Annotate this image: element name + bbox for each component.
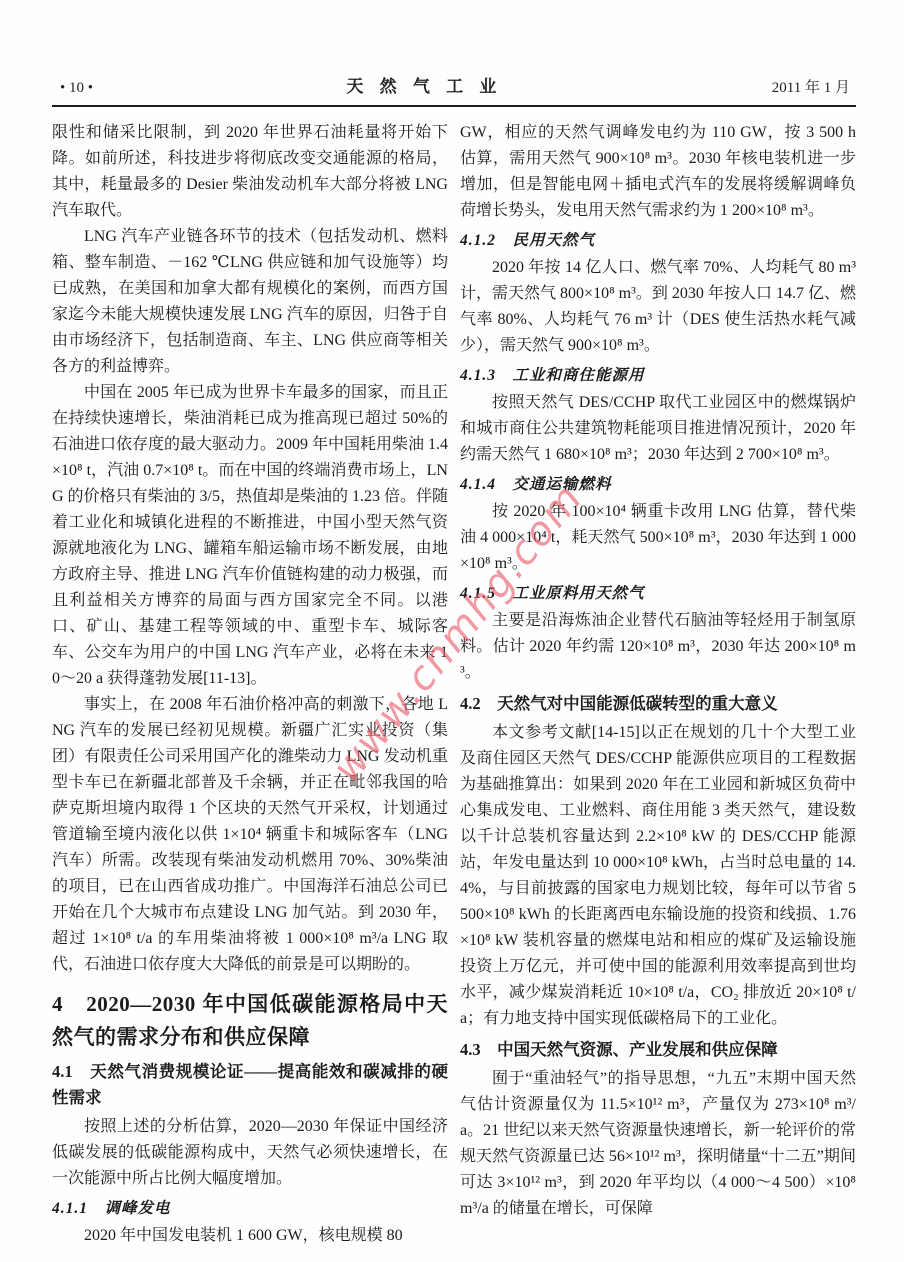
sub-heading: 4.1 天然气消费规模论证——提高能效和碳减排的硬性需求	[52, 1059, 448, 1111]
section-heading: 4 2020—2030 年中国低碳能源格局中天然气的需求分布和供应保障	[52, 988, 448, 1054]
left-column: 限性和储采比限制，到 2020 年世界石油耗量将开始下降。如前所述，科技进步将彻…	[52, 120, 448, 1249]
paragraph: 2020 年按 14 亿人口、燃气率 70%、人均耗气 80 m³ 计，需天然气…	[460, 255, 856, 359]
paragraph: 主要是沿海炼油企业替代石脑油等轻烃用于制氢原料。估计 2020 年约需 120×…	[460, 608, 856, 686]
right-column: GW，相应的天然气调峰发电约为 110 GW，按 3 500 h 估算，需用天然…	[460, 120, 856, 1249]
sub-sub-heading: 4.1.5 工业原料用天然气	[460, 581, 856, 606]
page-number: • 10 •	[60, 80, 93, 97]
sub-heading: 4.3 中国天然气资源、产业发展和供应保障	[460, 1037, 856, 1063]
sub-heading: 4.2 天然气对中国能源低碳转型的重大意义	[460, 691, 856, 717]
paragraph: 中国在 2005 年已成为世界卡车最多的国家，而且正在持续快速增长，柴油消耗已成…	[52, 380, 448, 692]
sub-sub-heading: 4.1.2 民用天然气	[460, 228, 856, 253]
paragraph: 囿于“重油轻气”的指导思想，“九五”末期中国天然气估计资源量仅为 11.5×10…	[460, 1066, 856, 1222]
two-column-body: 限性和储采比限制，到 2020 年世界石油耗量将开始下降。如前所述，科技进步将彻…	[52, 120, 856, 1249]
header-rule	[52, 105, 856, 107]
sub-sub-heading: 4.1.1 调峰发电	[52, 1196, 448, 1221]
paragraph: 事实上，在 2008 年石油价格冲高的刺激下，各地 LNG 汽车的发展已经初见规…	[52, 692, 448, 978]
journal-page: • 10 • 天 然 气 工 业 2011 年 1 月 限性和储采比限制，到 2…	[0, 0, 904, 1262]
paragraph: 本文参考文献[14-15]以正在规划的几十个大型工业及商住园区天然气 DES/C…	[460, 720, 856, 1032]
sub-sub-heading: 4.1.4 交通运输燃料	[460, 472, 856, 497]
journal-title: 天 然 气 工 业	[346, 72, 502, 97]
issue-date: 2011 年 1 月	[772, 76, 850, 97]
paragraph: LNG 汽车产业链各环节的技术（包括发动机、燃料箱、整车制造、－162 ℃LNG…	[52, 224, 448, 380]
paragraph: 按照上述的分析估算，2020—2030 年保证中国经济低碳发展的低碳能源构成中，…	[52, 1114, 448, 1192]
paragraph: 按 2020 年 100×10⁴ 辆重卡改用 LNG 估算，替代柴油 4 000…	[460, 499, 856, 577]
paragraph: 按照天然气 DES/CCHP 取代工业园区中的燃煤锅炉和城市商住公共建筑物耗能项…	[460, 390, 856, 468]
paragraph: GW，相应的天然气调峰发电约为 110 GW，按 3 500 h 估算，需用天然…	[460, 120, 856, 224]
paragraph: 2020 年中国发电装机 1 600 GW，核电规模 80	[52, 1223, 448, 1249]
sub-sub-heading: 4.1.3 工业和商住能源用	[460, 363, 856, 388]
page-header: • 10 • 天 然 气 工 业 2011 年 1 月	[52, 72, 856, 103]
paragraph: 限性和储采比限制，到 2020 年世界石油耗量将开始下降。如前所述，科技进步将彻…	[52, 120, 448, 224]
